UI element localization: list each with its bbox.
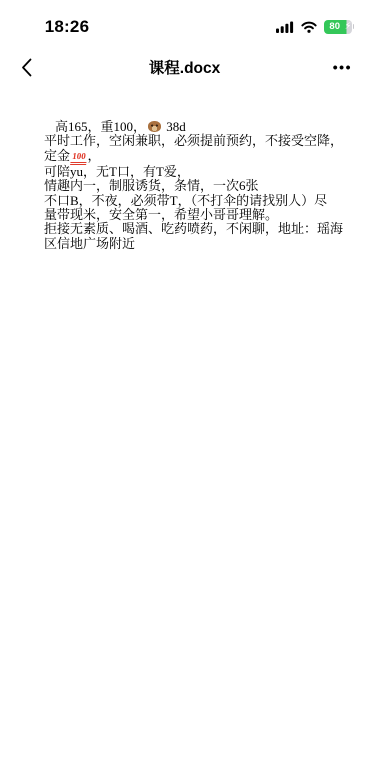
doc-line: 定金100，	[44, 149, 339, 165]
doc-text: 38d	[163, 119, 186, 134]
more-options-button[interactable]: •••	[331, 56, 354, 78]
doc-text: 区信地广场附近	[44, 236, 135, 251]
doc-text: 不口B，不夜，必须带T，（不打伞的请找别人）尽	[44, 193, 327, 208]
doc-line: 不口B，不夜，必须带T，（不打伞的请找别人）尽	[44, 194, 339, 208]
doc-text: 平时工作，空闲兼职，必须提前预约，不接受空降，	[44, 133, 343, 148]
document-body: 高165，重100， 38d平时工作，空闲兼职，必须提前预约，不接受空降，定金1…	[0, 87, 369, 251]
doc-text: 量带现米，安全第一，希望小哥哥理解。	[44, 207, 278, 222]
wifi-icon	[301, 21, 317, 33]
doc-text: 可陪yu，无T口，有T爱，	[44, 164, 190, 179]
chevron-left-icon	[21, 58, 32, 77]
cellular-signal-icon	[276, 21, 294, 33]
doc-line: 情趣内一，制服诱货，条情，一次6张	[44, 179, 339, 193]
doc-line: 高165，重100， 38d	[44, 120, 339, 134]
charging-bolt-icon: ⚡	[344, 21, 351, 31]
battery-percent: 80	[324, 20, 346, 34]
doc-text: ，	[88, 148, 101, 163]
bear-emoji	[148, 121, 161, 132]
doc-line: 区信地广场附近	[44, 237, 339, 251]
doc-text: 高165，重100，	[55, 119, 146, 134]
hundred-points-emoji: 100	[70, 152, 87, 165]
status-bar: 18:26 80 ⚡	[0, 0, 369, 47]
doc-text: 定金	[44, 148, 70, 163]
page-title: 课程.docx	[149, 56, 220, 78]
battery-charging-icon: 80 ⚡	[324, 20, 355, 34]
ellipsis-icon: •••	[333, 59, 352, 75]
status-icons: 80 ⚡	[276, 20, 355, 34]
doc-line: 量带现米，安全第一，希望小哥哥理解。	[44, 208, 339, 222]
doc-text: 情趣内一，制服诱货，条情，一次6张	[44, 178, 259, 193]
back-button[interactable]	[12, 52, 40, 82]
battery-nub	[353, 24, 355, 29]
nav-bar: 课程.docx •••	[0, 47, 369, 87]
doc-line: 平时工作，空闲兼职，必须提前预约，不接受空降，	[44, 134, 339, 148]
doc-text: 拒接无素质、喝酒、吃药喷药，不闲聊，地址：瑶海	[44, 221, 343, 236]
status-time: 18:26	[34, 17, 100, 37]
doc-line: 可陪yu，无T口，有T爱，	[44, 165, 339, 179]
doc-line: 拒接无素质、喝酒、吃药喷药，不闲聊，地址：瑶海	[44, 222, 339, 236]
